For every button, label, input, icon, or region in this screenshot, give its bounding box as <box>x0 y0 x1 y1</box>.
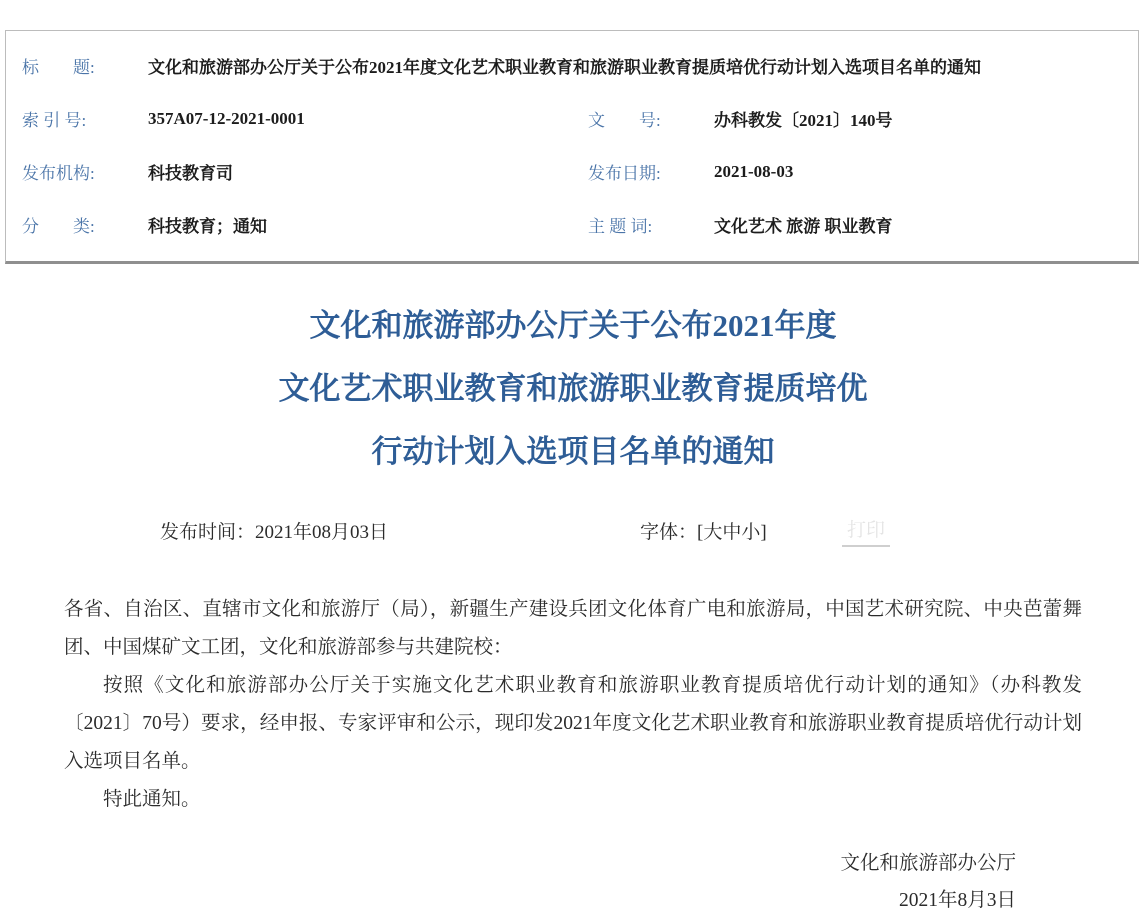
meta-cell-subject-words: 主 题 词: 文化艺术 旅游 职业教育 <box>572 212 1138 237</box>
meta-value-agency: 科技教育司 <box>148 159 233 184</box>
signature-block: 文化和旅游部办公厅 2021年8月3日 <box>0 845 1146 911</box>
meta-cell-index-number: 索 引 号: 357A07-12-2021-0001 <box>6 106 572 131</box>
meta-value-index-number: 357A07-12-2021-0001 <box>148 109 305 129</box>
signature-org: 文化和旅游部办公厅 <box>0 845 1016 882</box>
meta-label-doc-number: 文 号: <box>588 106 688 131</box>
meta-value-category: 科技教育；通知 <box>148 212 267 237</box>
signature-date: 2021年8月3日 <box>0 882 1016 911</box>
page-title-line-3: 行动计划入选项目名单的通知 <box>0 420 1146 483</box>
meta-label-category: 分 类: <box>22 212 122 237</box>
meta-label-subject-words: 主 题 词: <box>588 212 688 237</box>
document-meta-table: 标 题: 文化和旅游部办公厅关于公布2021年度文化艺术职业教育和旅游职业教育提… <box>5 30 1139 264</box>
print-link[interactable]: 打印 <box>842 515 890 547</box>
publish-time-value: 2021年08月03日 <box>255 522 388 543</box>
meta-label-index-number: 索 引 号: <box>22 106 122 131</box>
font-size-label: 字体： <box>640 522 697 543</box>
body-paragraph-recipients: 各省、自治区、直辖市文化和旅游厅（局），新疆生产建设兵团文化体育广电和旅游局，中… <box>64 591 1082 667</box>
meta-cell-agency: 发布机构: 科技教育司 <box>6 159 572 184</box>
page-title-line-2: 文化艺术职业教育和旅游职业教育提质培优 <box>0 357 1146 420</box>
font-size-control: 字体：[大中小] <box>640 517 767 544</box>
meta-cell-pub-date: 发布日期: 2021-08-03 <box>572 159 1138 184</box>
meta-value-doc-number: 办科教发〔2021〕140号 <box>714 106 893 131</box>
meta-label-agency: 发布机构: <box>22 159 122 184</box>
meta-row-agency: 发布机构: 科技教育司 发布日期: 2021-08-03 <box>6 145 1138 198</box>
meta-row-index: 索 引 号: 357A07-12-2021-0001 文 号: 办科教发〔202… <box>6 92 1138 145</box>
page-title: 文化和旅游部办公厅关于公布2021年度 文化艺术职业教育和旅游职业教育提质培优 … <box>0 294 1146 483</box>
meta-label-pub-date: 发布日期: <box>588 159 688 184</box>
meta-value-pub-date: 2021-08-03 <box>714 162 793 182</box>
meta-cell-category: 分 类: 科技教育；通知 <box>6 212 572 237</box>
body-paragraph-closing: 特此通知。 <box>64 781 1082 819</box>
meta-row-title: 标 题: 文化和旅游部办公厅关于公布2021年度文化艺术职业教育和旅游职业教育提… <box>6 39 1138 92</box>
body-paragraph-main: 按照《文化和旅游部办公厅关于实施文化艺术职业教育和旅游职业教育提质培优行动计划的… <box>64 667 1082 781</box>
page-title-line-1: 文化和旅游部办公厅关于公布2021年度 <box>0 294 1146 357</box>
publish-time: 发布时间：2021年08月03日 <box>160 517 388 544</box>
publish-time-label: 发布时间： <box>160 522 255 543</box>
meta-cell-doc-number: 文 号: 办科教发〔2021〕140号 <box>572 106 1138 131</box>
document-body: 各省、自治区、直辖市文化和旅游厅（局），新疆生产建设兵团文化体育广电和旅游局，中… <box>64 591 1082 819</box>
meta-value-subject-words: 文化艺术 旅游 职业教育 <box>714 212 893 237</box>
meta-row-category: 分 类: 科技教育；通知 主 题 词: 文化艺术 旅游 职业教育 <box>6 198 1138 251</box>
font-size-switcher[interactable]: [大中小] <box>697 522 767 543</box>
meta-label-title: 标 题: <box>22 53 122 78</box>
meta-value-title: 文化和旅游部办公厅关于公布2021年度文化艺术职业教育和旅游职业教育提质培优行动… <box>148 53 981 78</box>
publish-bar: 发布时间：2021年08月03日 字体：[大中小] 打印 <box>0 509 1146 551</box>
